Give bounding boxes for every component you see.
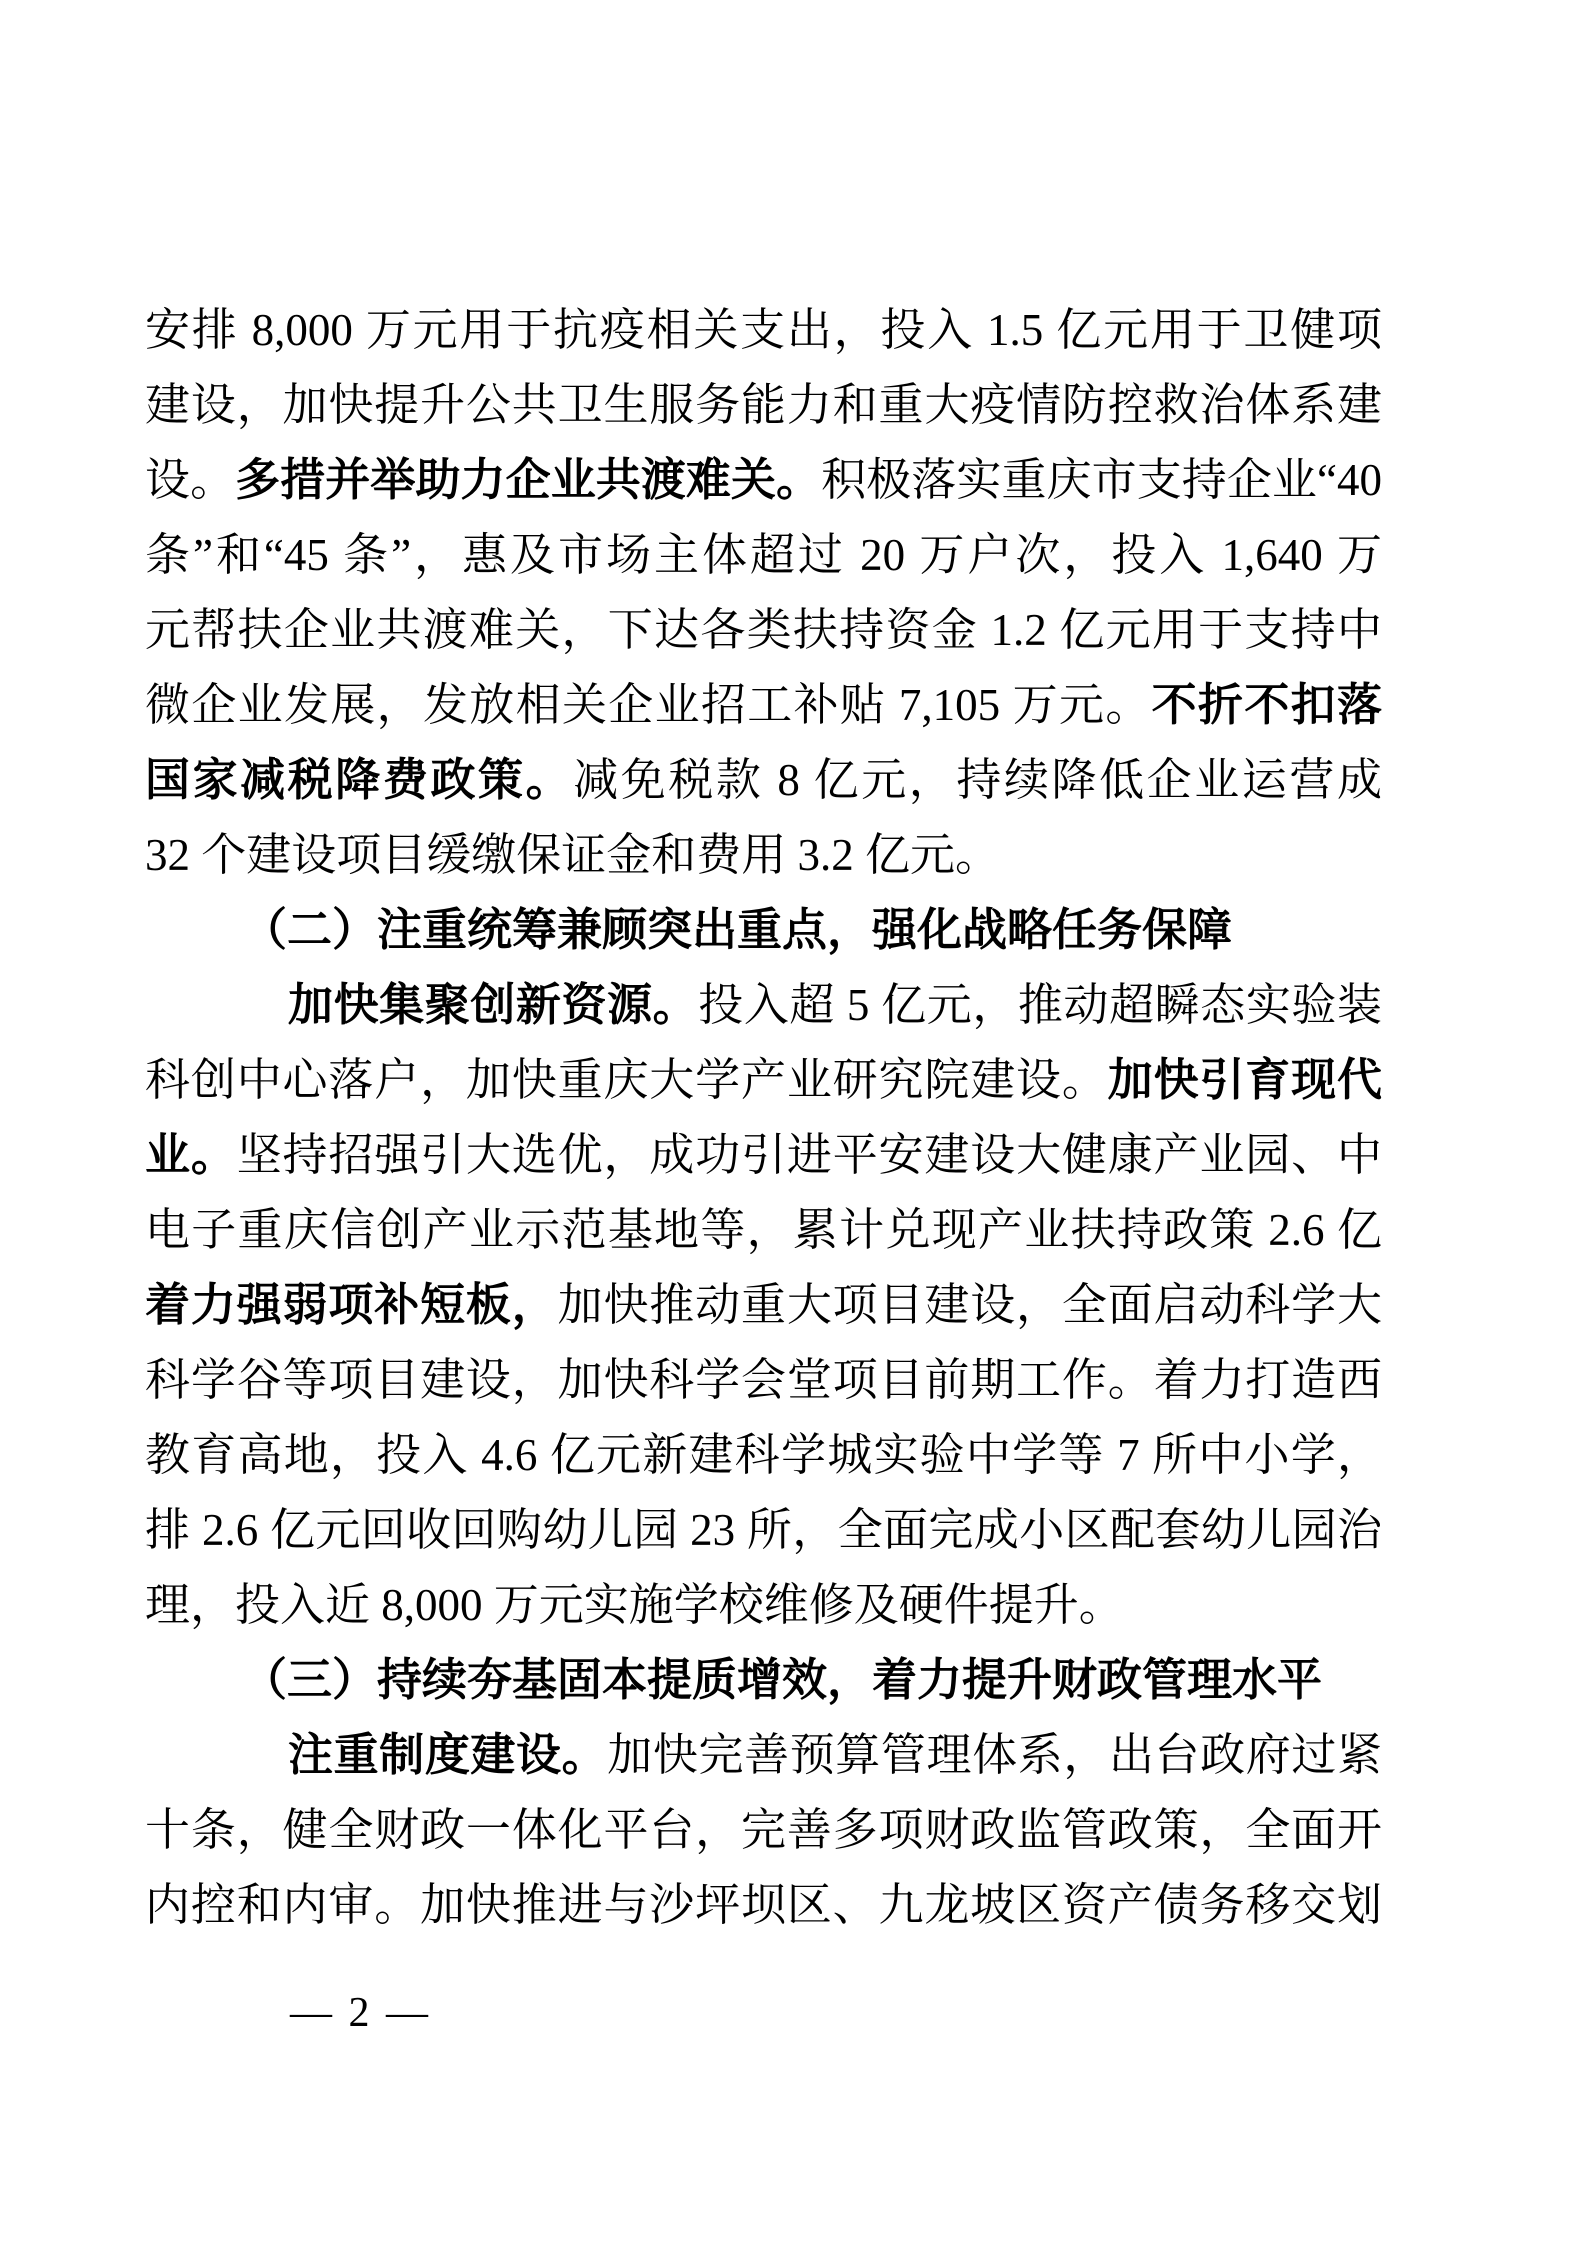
text-line: 元帮扶企业共渡难关，下达各类扶持资金 1.2 亿元用于支持中小	[145, 593, 1382, 668]
body-text: 建设，加快提升公共卫生服务能力和重大疫情防控救治体系建	[145, 380, 1382, 430]
body-text: 坚持招强引大选优，成功引进平安建设大健康产业园、中国	[145, 1130, 1382, 1193]
text-line: 微企业发展，发放相关企业招工补贴 7,105 万元。不折不扣落实	[145, 668, 1382, 743]
body-text: 积极落实重庆市支持企业“40	[821, 455, 1382, 505]
body-text: 内控和内审。加快推进与沙坪坝区、九龙坡区资产债务移交划转，	[145, 1880, 1382, 1943]
body-text: 科创中心落户，加快重庆大学产业研究院建设。	[145, 1055, 1108, 1105]
text-line: （二）注重统筹兼顾突出重点，强化战略任务保障	[145, 893, 1382, 968]
body-text: 32 个建设项目缓缴保证金和费用 3.2 亿元。	[145, 830, 1000, 880]
emphasis-text: 着力强弱项补短板，	[145, 1280, 558, 1330]
text-line: 建设，加快提升公共卫生服务能力和重大疫情防控救治体系建	[145, 368, 1382, 443]
text-line: 科创中心落户，加快重庆大学产业研究院建设。加快引育现代产	[145, 1043, 1382, 1118]
emphasis-text: 加快集聚创新资源。	[288, 980, 698, 1030]
body-text: 十条，健全财政一体化平台，完善多项财政监管政策，全面开启	[145, 1805, 1382, 1868]
emphasis-text: 业。	[145, 1130, 237, 1180]
document-body: 安排 8,000 万元用于抗疫相关支出，投入 1.5 亿元用于卫健项目建设，加快…	[145, 293, 1382, 1943]
text-line: 国家减税降费政策。减免税款 8 亿元，持续降低企业运营成本，	[145, 743, 1382, 818]
text-line: 排 2.6 亿元回收回购幼儿园 23 所，全面完成小区配套幼儿园治	[145, 1493, 1382, 1568]
body-text: 教育高地，投入 4.6 亿元新建科学城实验中学等 7 所中小学，安	[145, 1430, 1382, 1493]
page-number: — 2 —	[290, 1990, 431, 2036]
text-line: 教育高地，投入 4.6 亿元新建科学城实验中学等 7 所中小学，安	[145, 1418, 1382, 1493]
text-line: 着力强弱项补短板，加快推动重大项目建设，全面启动科学大道、	[145, 1268, 1382, 1343]
text-line: 加快集聚创新资源。投入超 5 亿元，推动超瞬态实验装置等	[145, 968, 1382, 1043]
emphasis-text: 国家减税降费政策。	[145, 755, 573, 805]
emphasis-text: （二）注重统筹兼顾突出重点，强化战略任务保障	[242, 905, 1232, 955]
document-page: 安排 8,000 万元用于抗疫相关支出，投入 1.5 亿元用于卫健项目建设，加快…	[0, 0, 1587, 2245]
text-line: 十条，健全财政一体化平台，完善多项财政监管政策，全面开启	[145, 1793, 1382, 1868]
body-text: 排 2.6 亿元回收回购幼儿园 23 所，全面完成小区配套幼儿园治	[145, 1505, 1382, 1555]
body-text: 科学谷等项目建设，加快科学会堂项目前期工作。着力打造西部	[145, 1355, 1382, 1418]
body-text: 元帮扶企业共渡难关，下达各类扶持资金 1.2 亿元用于支持中小	[145, 605, 1382, 668]
text-line: 内控和内审。加快推进与沙坪坝区、九龙坡区资产债务移交划转，	[145, 1868, 1382, 1943]
body-text: 设。	[145, 455, 235, 505]
emphasis-text: （三）持续夯基固本提质增效，着力提升财政管理水平	[242, 1655, 1322, 1705]
body-text: 理，投入近 8,000 万元实施学校维修及硬件提升。	[145, 1580, 1124, 1630]
body-text: 安排 8,000 万元用于抗疫相关支出，投入 1.5 亿元用于卫健项目	[145, 305, 1382, 368]
text-line: 业。坚持招强引大选优，成功引进平安建设大健康产业园、中国	[145, 1118, 1382, 1193]
text-line: 设。多措并举助力企业共渡难关。积极落实重庆市支持企业“40	[145, 443, 1382, 518]
body-text: 电子重庆信创产业示范基地等，累计兑现产业扶持政策 2.6 亿元。	[145, 1205, 1382, 1268]
text-line: 注重制度建设。加快完善预算管理体系，出台政府过紧日子	[145, 1718, 1382, 1793]
text-line: 安排 8,000 万元用于抗疫相关支出，投入 1.5 亿元用于卫健项目	[145, 293, 1382, 368]
body-text: 条”和“45 条”，惠及市场主体超过 20 万户次，投入 1,640 万	[145, 530, 1382, 580]
text-line: 电子重庆信创产业示范基地等，累计兑现产业扶持政策 2.6 亿元。	[145, 1193, 1382, 1268]
text-line: 32 个建设项目缓缴保证金和费用 3.2 亿元。	[145, 818, 1382, 893]
body-text: 微企业发展，发放相关企业招工补贴 7,105 万元。	[145, 680, 1152, 730]
text-line: 条”和“45 条”，惠及市场主体超过 20 万户次，投入 1,640 万	[145, 518, 1382, 593]
emphasis-text: 注重制度建设。	[288, 1730, 607, 1780]
text-line: 科学谷等项目建设，加快科学会堂项目前期工作。着力打造西部	[145, 1343, 1382, 1418]
text-line: （三）持续夯基固本提质增效，着力提升财政管理水平	[145, 1643, 1382, 1718]
emphasis-text: 多措并举助力企业共渡难关。	[235, 455, 821, 505]
text-line: 理，投入近 8,000 万元实施学校维修及硬件提升。	[145, 1568, 1382, 1643]
